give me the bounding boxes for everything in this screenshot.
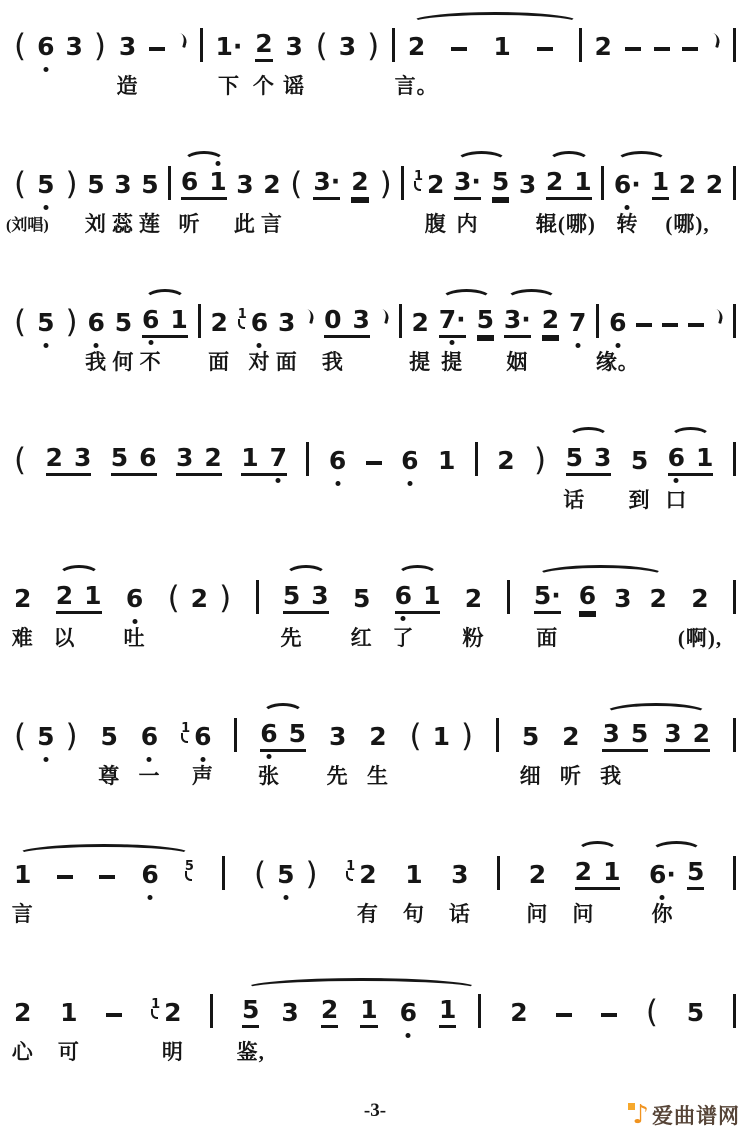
slur-group: 3·5 — [454, 167, 509, 200]
note: 5 — [566, 443, 583, 473]
lyric-syllable: 不 — [140, 346, 162, 376]
note: 6 — [329, 446, 346, 476]
note: 5 — [687, 998, 704, 1028]
parenthesis: ( — [410, 721, 422, 752]
bar-line — [168, 166, 171, 200]
note: 3 — [602, 719, 619, 749]
note: 2 — [679, 170, 696, 200]
page-footer: -3- ♪ 爱曲谱网 — [0, 1100, 750, 1134]
lyric-syllable: 你 — [651, 898, 673, 928]
system-7: 165(5)12132216·5言有句话问问你 — [14, 842, 736, 928]
beam-group: (5) — [254, 859, 318, 890]
lyric-syllable: 尊 — [98, 760, 120, 790]
sheet-music-page: (63)31·23(3)212造下个谣言。(5)5356132(3·2)123·… — [0, 0, 750, 1066]
bar-line — [306, 442, 309, 476]
note: 1 — [438, 446, 455, 476]
note: 3 — [66, 32, 83, 62]
note: 5 — [101, 722, 118, 752]
parenthesis: ) — [306, 859, 318, 890]
lyrics-row: 话到口 — [14, 482, 736, 514]
parenthesis: ( — [168, 583, 180, 614]
note: 2 — [56, 581, 73, 611]
lyric-syllable: 鉴, — [237, 1036, 265, 1066]
parenthesis: ( — [646, 997, 658, 1028]
slur-group: 6·1 — [614, 167, 669, 200]
note: 7 — [270, 443, 287, 473]
beam-group: 12 — [414, 170, 444, 200]
beam-group: 03 — [324, 305, 370, 338]
bar-line — [579, 28, 582, 62]
beam-group: 32 — [664, 719, 710, 752]
parenthesis: ) — [534, 445, 546, 476]
note: 5 — [522, 722, 539, 752]
duration-dash — [636, 323, 652, 327]
note: 6 — [141, 722, 158, 752]
note: 5 — [631, 719, 648, 749]
note: 5 — [115, 308, 132, 338]
note: 3 — [329, 722, 346, 752]
lyric-syllable: 粉 — [462, 622, 484, 652]
note: 2 — [693, 719, 710, 749]
lyric-syllable: 莲 — [139, 208, 161, 238]
bar-line — [222, 856, 225, 890]
bar-line — [496, 718, 499, 752]
bar-line — [733, 28, 736, 62]
lyric-syllable: 此 — [234, 208, 256, 238]
note: 2 — [497, 446, 514, 476]
note: 5 — [87, 170, 104, 200]
note: 2 — [321, 995, 338, 1028]
lyrics-row: 心可明鉴, — [14, 1034, 736, 1066]
lyric-syllable: 可 — [58, 1036, 80, 1066]
bar-line — [392, 28, 395, 62]
breath-mark — [710, 33, 722, 48]
note: 3 — [114, 170, 131, 200]
slur-group: 21 — [408, 28, 582, 62]
note: 2 — [546, 167, 563, 197]
note: 3· — [504, 305, 531, 338]
note: 3 — [278, 308, 295, 338]
slur-group: 53 — [566, 443, 612, 476]
duration-dash — [682, 47, 698, 51]
lyric-syllable: 先 — [327, 760, 349, 790]
duration-dash — [688, 323, 704, 327]
parenthesis: ( — [14, 307, 26, 338]
note: 6 — [87, 308, 104, 338]
lyric-syllable: 一 — [138, 760, 160, 790]
slur-group: 61 — [668, 443, 714, 476]
beam-group: (5) — [14, 307, 78, 338]
breath-mark — [176, 33, 188, 48]
note: 6 — [400, 998, 417, 1028]
note: 3 — [614, 584, 631, 614]
lyric-syllable: 对 — [248, 346, 270, 376]
grace-note: 5 — [185, 860, 194, 873]
note: 5 — [141, 170, 158, 200]
note: 2 — [14, 998, 31, 1028]
bar-line — [733, 442, 736, 476]
duration-dash — [556, 1013, 572, 1017]
note: 5 — [283, 581, 300, 611]
lyric-syllable: 言 — [12, 898, 34, 928]
beam-group: 56 — [111, 443, 157, 476]
lyric-syllable: 心 — [12, 1036, 34, 1066]
parenthesis: ) — [219, 583, 231, 614]
slur-group: 61 — [142, 305, 188, 338]
notation-row: (63)31·23(3)212 — [14, 14, 736, 62]
note: 5 — [492, 167, 509, 200]
duration-dash — [537, 47, 553, 51]
parenthesis: ( — [14, 169, 26, 200]
beam-group: 35 — [602, 719, 648, 752]
slur-group: 165 — [14, 860, 194, 890]
note: 5 — [37, 308, 54, 338]
lyric-syllable: 吐 — [124, 622, 146, 652]
note: 5 — [242, 995, 259, 1028]
lyric-syllable: 转 — [616, 208, 638, 238]
note: 3 — [74, 443, 91, 473]
note: 6 — [401, 446, 418, 476]
note: 6 — [609, 308, 626, 338]
note: 2 — [706, 170, 723, 200]
note: 6 — [579, 581, 596, 614]
note: 2 — [46, 443, 63, 473]
note: 2 — [691, 584, 708, 614]
bar-line — [401, 166, 404, 200]
note: 1 — [84, 581, 101, 611]
note: 5 — [353, 584, 370, 614]
note: 1 — [360, 995, 377, 1028]
grace-note: 1 — [151, 998, 160, 1011]
lyric-syllable: 谣 — [283, 70, 305, 100]
note: 1 — [241, 443, 258, 473]
note: 5 — [631, 446, 648, 476]
lyric-syllable: (刘唱) — [6, 212, 49, 235]
note: 2 — [427, 170, 444, 200]
lyric-syllable: 生 — [367, 760, 389, 790]
note: 1 — [60, 998, 77, 1028]
slur-group: 3·2 — [504, 305, 559, 338]
note: 2 — [562, 722, 579, 752]
note: 5 — [37, 170, 54, 200]
lyric-syllable: 话 — [563, 484, 585, 514]
lyric-syllable: 先 — [281, 622, 303, 652]
lyric-syllable: 我 — [85, 346, 107, 376]
bar-line — [478, 994, 481, 1028]
lyrics-row: 难以吐先红了粉面(啊), — [14, 620, 736, 652]
parenthesis: ( — [254, 859, 266, 890]
note: 1 — [493, 32, 510, 62]
bar-line — [733, 994, 736, 1028]
duration-dash — [601, 1013, 617, 1017]
lyric-syllable: 下 — [218, 70, 240, 100]
lyrics-row: 造下个谣言。 — [14, 68, 736, 100]
lyric-syllable: 提 — [441, 346, 463, 376]
note: 1 — [603, 857, 620, 887]
note: 2 — [465, 584, 482, 614]
note: 1· — [216, 32, 243, 62]
duration-dash — [366, 461, 382, 465]
note: 3· — [454, 167, 481, 200]
note: 3 — [119, 32, 136, 62]
lyric-syllable: 问 — [572, 898, 594, 928]
lyric-syllable: 面 — [536, 622, 558, 652]
duration-dash — [57, 875, 73, 879]
note: 3 — [451, 860, 468, 890]
note: 1 — [405, 860, 422, 890]
note: 2 — [595, 32, 612, 62]
note: 5 — [37, 722, 54, 752]
lyric-syllable: 缘。 — [596, 346, 640, 376]
note: 5 — [477, 305, 494, 338]
parenthesis: ( — [290, 169, 302, 200]
lyric-syllable: (啊), — [678, 622, 722, 652]
note: 6 — [181, 167, 198, 197]
system-4: (235632176612)53561话到口 — [14, 428, 736, 514]
bar-line — [200, 28, 203, 62]
bar-line — [733, 580, 736, 614]
lyric-syllable: 面 — [208, 346, 230, 376]
note: 5 — [687, 857, 704, 890]
note: 3 — [339, 32, 356, 62]
beam-group: (5) — [14, 721, 78, 752]
parenthesis: ) — [367, 31, 379, 62]
note: 3 — [176, 443, 193, 473]
system-1: (63)31·23(3)212造下个谣言。 — [14, 14, 736, 100]
bar-line — [256, 580, 259, 614]
note: 6 — [260, 719, 277, 749]
lyric-syllable: 了 — [392, 622, 414, 652]
note: 3 — [353, 305, 370, 335]
note: 1 — [209, 167, 226, 197]
note: 2 — [408, 32, 425, 62]
lyrics-row: 言有句话问问你 — [14, 896, 736, 928]
grace-note: 1 — [238, 308, 247, 321]
note: 0 — [324, 305, 341, 335]
beam-group: 16 — [238, 308, 268, 338]
note: 2 — [369, 722, 386, 752]
lyric-syllable: 有 — [357, 898, 379, 928]
site-logo-text: 爱曲谱网 — [652, 1100, 740, 1130]
note: 3 — [281, 998, 298, 1028]
slur-group: 7·5 — [439, 305, 494, 338]
note: 6 — [251, 308, 268, 338]
lyric-syllable: 听 — [179, 208, 201, 238]
bar-line — [475, 442, 478, 476]
bar-line — [399, 304, 402, 338]
note: 2 — [191, 584, 208, 614]
duration-dash — [106, 1013, 122, 1017]
breath-mark — [712, 309, 724, 324]
lyric-syllable: 提 — [409, 346, 431, 376]
notation-row: (235632176612)53561 — [14, 428, 736, 476]
parenthesis: ) — [66, 307, 78, 338]
note: 6 — [668, 443, 685, 473]
note: 7· — [439, 305, 466, 338]
lyric-syllable: 腹 — [425, 208, 447, 238]
system-8: 21125321612(5心可明鉴, — [14, 980, 736, 1066]
parenthesis: ( — [14, 445, 26, 476]
duration-dash — [149, 47, 165, 51]
bar-line — [234, 718, 237, 752]
note: 1 — [14, 860, 31, 890]
slur-group: 6·5 — [649, 857, 704, 890]
beam-group: (1) — [410, 721, 474, 752]
notation-row: (5)656121630327·53·276 — [14, 290, 736, 338]
grace-note: 1 — [181, 722, 190, 735]
note: 6 — [139, 443, 156, 473]
notation-row: (5)56166532(1)523532 — [14, 704, 736, 752]
beam-group: (3·2) — [290, 167, 392, 200]
parenthesis: ) — [461, 721, 473, 752]
slur-group: 53 — [283, 581, 329, 614]
lyric-syllable: 难 — [12, 622, 34, 652]
note: 2 — [529, 860, 546, 890]
note: 2 — [14, 584, 31, 614]
duration-dash — [662, 323, 678, 327]
note: 3 — [519, 170, 536, 200]
parenthesis: ) — [66, 721, 78, 752]
lyric-syllable: 声 — [192, 760, 214, 790]
lyric-syllable: 明 — [162, 1036, 184, 1066]
note: 1 — [423, 581, 440, 611]
beam-group: (3) — [316, 31, 380, 62]
beam-group: 12 — [346, 860, 376, 890]
lyric-syllable: 姻 — [506, 346, 528, 376]
beam-group: 17 — [241, 443, 287, 476]
note: 6 — [37, 32, 54, 62]
notation-row: (5)5356132(3·2)123·53216·122 — [14, 152, 736, 200]
beam-group: 12 — [151, 998, 181, 1028]
system-2: (5)5356132(3·2)123·53216·122(刘唱)刘蕊莲听此言腹内… — [14, 152, 736, 238]
note: 2 — [411, 308, 428, 338]
note: 6 — [142, 305, 159, 335]
bar-line — [497, 856, 500, 890]
note: 2 — [164, 998, 181, 1028]
lyric-syllable: (哪), — [665, 208, 709, 238]
beam-group: (5) — [14, 169, 78, 200]
note: 6· — [614, 170, 641, 200]
bar-line — [733, 856, 736, 890]
notation-row: 2216(2)5356125·6322 — [14, 566, 736, 614]
lyrics-row: (刘唱)刘蕊莲听此言腹内辊(哪)转(哪), — [14, 206, 736, 238]
note: 1 — [574, 167, 591, 197]
bar-line — [210, 994, 213, 1028]
slur-group: 21 — [575, 857, 621, 890]
parenthesis: ( — [14, 721, 26, 752]
slur-group: 61 — [181, 167, 227, 200]
parenthesis: ( — [14, 31, 26, 62]
lyric-syllable: 红 — [351, 622, 373, 652]
lyric-syllable: 张 — [258, 760, 280, 790]
note: 1 — [652, 167, 669, 200]
slur-group: 61 — [395, 581, 441, 614]
bar-line — [596, 304, 599, 338]
system-5: 2216(2)5356125·6322难以吐先红了粉面(啊), — [14, 566, 736, 652]
lyric-syllable: 以 — [53, 622, 75, 652]
note: 2 — [351, 167, 368, 200]
lyric-syllable: 蕊 — [112, 208, 134, 238]
duration-dash — [451, 47, 467, 51]
system-3: (5)656121630327·53·276我何不面对面我提提姻缘。 — [14, 290, 736, 376]
breath-mark — [304, 309, 316, 324]
lyric-syllable: 言。 — [395, 70, 439, 100]
lyric-syllable: 刘 — [85, 208, 107, 238]
note: 3 — [285, 32, 302, 62]
note: 2 — [359, 860, 376, 890]
lyric-syllable: 听 — [560, 760, 582, 790]
note: 2 — [204, 443, 221, 473]
note: 2 — [575, 857, 592, 887]
slur-group: 5·632 — [534, 581, 667, 614]
parenthesis: ( — [316, 31, 328, 62]
lyric-syllable: 句 — [403, 898, 425, 928]
duration-dash — [99, 875, 115, 879]
lyric-syllable: 细 — [520, 760, 542, 790]
duration-dash — [654, 47, 670, 51]
note: 5 — [277, 860, 294, 890]
notation-row: 165(5)12132216·5 — [14, 842, 736, 890]
note: 3· — [313, 167, 340, 200]
system-6: (5)56166532(1)523532尊一声张先生细听我 — [14, 704, 736, 790]
grace-note: 1 — [414, 170, 423, 183]
site-logo[interactable]: ♪ 爱曲谱网 — [632, 1100, 740, 1130]
beam-group: 32 — [176, 443, 222, 476]
slur-group: 65 — [260, 719, 306, 752]
lyric-syllable: 到 — [629, 484, 651, 514]
slur-group: 21 — [56, 581, 102, 614]
note: 5 — [111, 443, 128, 473]
notation-row: 21125321612(5 — [14, 980, 736, 1028]
bar-line — [198, 304, 201, 338]
breath-mark — [378, 309, 390, 324]
lyrics-row: 尊一声张先生细听我 — [14, 758, 736, 790]
note: 5 — [289, 719, 306, 749]
lyric-syllable: 我 — [322, 346, 344, 376]
beam-group: 23 — [46, 443, 92, 476]
slur-group: 532161 — [242, 994, 481, 1028]
lyric-syllable: 个 — [253, 70, 275, 100]
lyric-syllable: 问 — [526, 898, 548, 928]
note: 2 — [263, 170, 280, 200]
note: 3 — [236, 170, 253, 200]
note: 1 — [170, 305, 187, 335]
note: 6 — [395, 581, 412, 611]
beam-group: (2) — [168, 583, 232, 614]
music-note-icon: ♪ — [632, 1102, 649, 1128]
lyric-syllable: 内 — [456, 208, 478, 238]
grace-note: 1 — [346, 860, 355, 873]
lyric-syllable: 面 — [276, 346, 298, 376]
lyric-syllable: 口 — [665, 484, 687, 514]
note: 1 — [696, 443, 713, 473]
lyric-syllable: 何 — [112, 346, 134, 376]
note: 2 — [255, 29, 272, 62]
note: 2 — [542, 305, 559, 338]
bar-line — [733, 166, 736, 200]
parenthesis: ) — [66, 169, 78, 200]
bar-line — [733, 718, 736, 752]
parenthesis: ) — [94, 31, 106, 62]
lyric-syllable: 造 — [117, 70, 139, 100]
beam-group: (63) — [14, 31, 106, 62]
lyric-syllable: 我 — [600, 760, 622, 790]
slur-group: 21 — [546, 167, 592, 200]
bar-line — [507, 580, 510, 614]
lyric-syllable: 言 — [261, 208, 283, 238]
bar-line — [733, 304, 736, 338]
note: 1 — [433, 722, 450, 752]
